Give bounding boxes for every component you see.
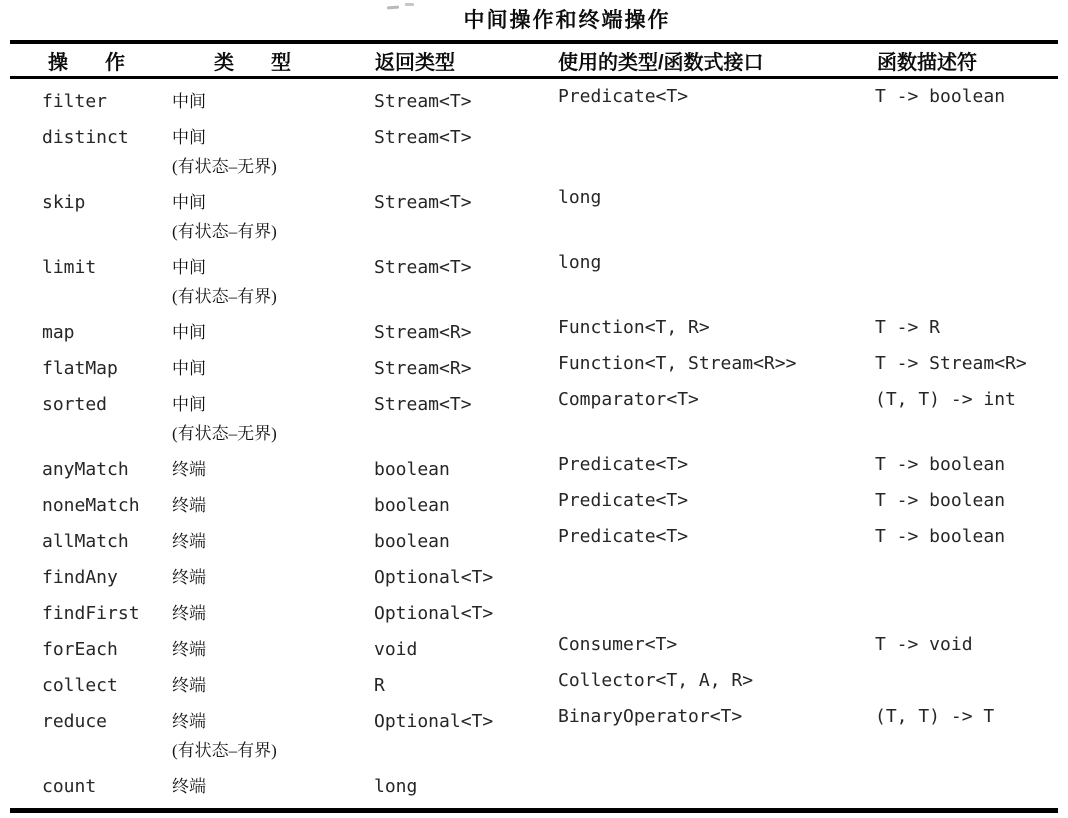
operation-cell: reduce [42,707,172,732]
return-type-cell: Stream<R> [374,318,556,343]
return-type-cell: Stream<T> [374,123,556,148]
interface-cell [556,558,872,563]
type-label: 终端 [172,460,374,480]
type-label: 终端 [172,676,374,696]
operation-cell: map [42,318,172,343]
descriptor-cell [872,183,1058,188]
type-cell: 终端 [172,599,374,624]
type-label: 中间 [172,193,374,213]
return-type-cell: boolean [374,455,556,480]
descriptor-cell [872,594,1058,599]
descriptor-cell [872,767,1058,772]
descriptor-cell: (T, T) -> T [872,702,1058,727]
header-cell-operation: 操作 [42,46,172,75]
type-cell: 终端 [172,772,374,797]
descriptor-cell: T -> boolean [872,486,1058,511]
table-row: sorted中间(有状态–无界)Stream<T>Comparator<T>(T… [10,390,1058,455]
descriptor-cell: T -> boolean [872,82,1058,107]
type-cell: 终端 [172,527,374,552]
return-type-cell: Stream<T> [374,87,556,112]
operation-cell: collect [42,671,172,696]
type-label: 中间 [172,258,374,278]
header-cell-return-type: 返回类型 [374,46,556,75]
table-title: 中间操作和终端操作 [0,4,1068,34]
table-row: reduce终端(有状态–有界)Optional<T>BinaryOperato… [10,707,1058,772]
interface-cell [556,767,872,772]
return-type-cell: boolean [374,527,556,552]
document-page: 中间操作和终端操作 操作 类型 返回类型 使用的类型/函数式接口 函数描述符 f… [0,0,1068,818]
type-note: (有状态–有界) [172,222,374,242]
return-type-cell: R [374,671,556,696]
return-type-cell: void [374,635,556,660]
operations-table: 操作 类型 返回类型 使用的类型/函数式接口 函数描述符 filter中间Str… [10,40,1058,813]
type-cell: 中间 [172,354,374,379]
type-label: 中间 [172,92,374,112]
interface-cell: Predicate<T> [556,486,872,511]
type-label: 中间 [172,323,374,343]
type-cell: 终端 [172,491,374,516]
operation-cell: count [42,772,172,797]
return-type-cell: long [374,772,556,797]
operation-cell: forEach [42,635,172,660]
interface-cell: Collector<T, A, R> [556,666,872,691]
table-body: filter中间Stream<T>Predicate<T>T -> boolea… [10,79,1058,808]
type-label: 终端 [172,640,374,660]
type-label: 中间 [172,359,374,379]
type-label: 终端 [172,604,374,624]
type-cell: 终端(有状态–有界) [172,707,374,761]
interface-cell [556,118,872,123]
descriptor-cell: (T, T) -> int [872,385,1058,410]
type-cell: 中间(有状态–无界) [172,390,374,444]
type-label: 中间 [172,395,374,415]
table-row: limit中间(有状态–有界)Stream<T>long [10,253,1058,318]
interface-cell: long [556,248,872,273]
return-type-cell: Stream<T> [374,188,556,213]
table-row: count终端long [10,772,1058,808]
type-cell: 中间(有状态–有界) [172,188,374,242]
type-cell: 终端 [172,563,374,588]
table-header-row: 操作 类型 返回类型 使用的类型/函数式接口 函数描述符 [10,44,1058,76]
header-cell-interface: 使用的类型/函数式接口 [556,46,872,75]
header-cell-type: 类型 [172,46,374,75]
table-bottom-border [10,808,1058,813]
operation-cell: sorted [42,390,172,415]
type-label: 中间 [172,128,374,148]
type-cell: 中间 [172,87,374,112]
table-row: skip中间(有状态–有界)Stream<T>long [10,188,1058,253]
operation-cell: distinct [42,123,172,148]
return-type-cell: Stream<T> [374,253,556,278]
descriptor-cell: T -> boolean [872,450,1058,475]
interface-cell: long [556,183,872,208]
operation-cell: findFirst [42,599,172,624]
operation-cell: findAny [42,563,172,588]
header-cell-descriptor: 函数描述符 [872,46,1058,75]
descriptor-cell [872,666,1058,671]
type-label: 终端 [172,712,374,732]
interface-cell: BinaryOperator<T> [556,702,872,727]
table-row: distinct中间(有状态–无界)Stream<T> [10,123,1058,188]
type-note: (有状态–无界) [172,424,374,444]
return-type-cell: Optional<T> [374,599,556,624]
operation-cell: flatMap [42,354,172,379]
operation-cell: limit [42,253,172,278]
interface-cell: Consumer<T> [556,630,872,655]
interface-cell: Comparator<T> [556,385,872,410]
interface-cell: Predicate<T> [556,522,872,547]
type-cell: 中间(有状态–有界) [172,253,374,307]
type-label: 终端 [172,532,374,552]
descriptor-cell [872,558,1058,563]
type-note: (有状态–有界) [172,741,374,761]
return-type-cell: Stream<R> [374,354,556,379]
return-type-cell: Stream<T> [374,390,556,415]
type-cell: 终端 [172,635,374,660]
operation-cell: allMatch [42,527,172,552]
type-cell: 终端 [172,671,374,696]
descriptor-cell [872,248,1058,253]
type-cell: 中间(有状态–无界) [172,123,374,177]
return-type-cell: Optional<T> [374,563,556,588]
type-label: 终端 [172,568,374,588]
interface-cell: Predicate<T> [556,82,872,107]
type-note: (有状态–有界) [172,287,374,307]
type-note: (有状态–无界) [172,157,374,177]
descriptor-cell [872,118,1058,123]
descriptor-cell: T -> void [872,630,1058,655]
type-label: 终端 [172,496,374,516]
interface-cell [556,594,872,599]
descriptor-cell: T -> boolean [872,522,1058,547]
type-cell: 中间 [172,318,374,343]
interface-cell: Function<T, R> [556,313,872,338]
operation-cell: skip [42,188,172,213]
descriptor-cell: T -> R [872,313,1058,338]
operation-cell: filter [42,87,172,112]
operation-cell: anyMatch [42,455,172,480]
interface-cell: Function<T, Stream<R>> [556,349,872,374]
descriptor-cell: T -> Stream<R> [872,349,1058,374]
return-type-cell: boolean [374,491,556,516]
interface-cell: Predicate<T> [556,450,872,475]
type-label: 终端 [172,777,374,797]
operation-cell: noneMatch [42,491,172,516]
return-type-cell: Optional<T> [374,707,556,732]
type-cell: 终端 [172,455,374,480]
